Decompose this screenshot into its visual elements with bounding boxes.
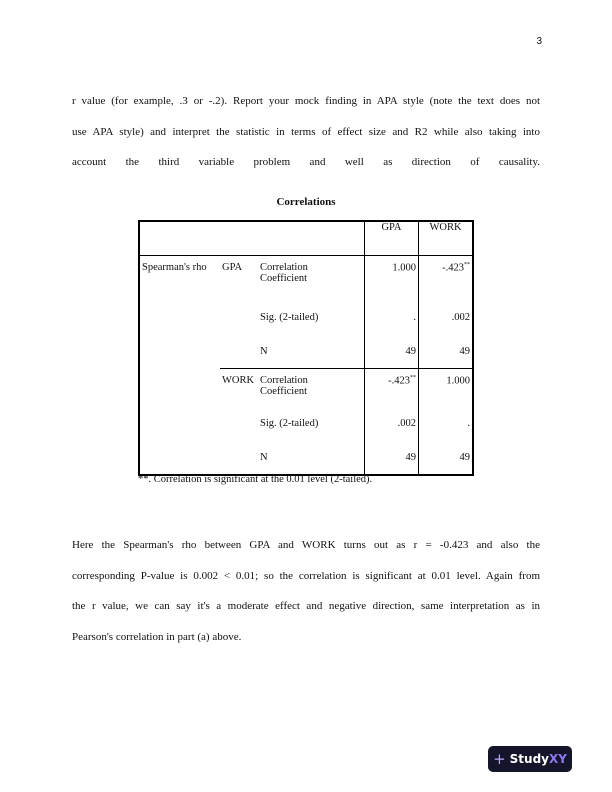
cell-value: 49: [365, 446, 419, 475]
cell-value: -.423**: [365, 368, 419, 412]
cell-value: 49: [419, 446, 474, 475]
table-row: N 49 49: [139, 446, 473, 475]
cell-value: -.423**: [419, 256, 474, 307]
conclusion-line: Pearson's correlation in part (a) above.: [72, 622, 540, 653]
table-row: Sig. (2-tailed) . .002: [139, 306, 473, 340]
page-number: 3: [536, 36, 542, 47]
cell-value: .: [365, 306, 419, 340]
plus-icon: +: [493, 750, 506, 768]
header-gpa: GPA: [365, 221, 419, 256]
cell-value: 49: [365, 340, 419, 368]
correlations-table: GPA WORK Spearman's rho GPA Correlation …: [138, 220, 474, 476]
table-header-row: GPA WORK: [139, 221, 473, 256]
header-work: WORK: [419, 221, 474, 256]
studyxy-watermark: + StudyXY: [488, 746, 572, 772]
cell-value: .002: [419, 306, 474, 340]
stat-label: Correlation Coefficient: [258, 368, 365, 412]
conclusion-line: Here the Spearman's rho between GPA and …: [72, 530, 540, 561]
stat-label: N: [258, 340, 365, 368]
intro-line: r value (for example, .3 or -.2). Report…: [72, 86, 540, 117]
cell-value: 1.000: [419, 368, 474, 412]
method-label: Spearman's rho: [139, 256, 220, 307]
variable-label: WORK: [220, 368, 258, 412]
table-row: N 49 49: [139, 340, 473, 368]
stat-label: Correlation Coefficient: [258, 256, 365, 307]
stat-label: Sig. (2-tailed): [258, 412, 365, 446]
stat-label: N: [258, 446, 365, 475]
table-footnote: **. Correlation is significant at the 0.…: [138, 474, 372, 485]
variable-label: GPA: [220, 256, 258, 307]
table-row: WORK Correlation Coefficient -.423** 1.0…: [139, 368, 473, 412]
conclusion-line: corresponding P-value is 0.002 < 0.01; s…: [72, 561, 540, 592]
table-title: Correlations: [0, 196, 612, 208]
brand-name: StudyXY: [510, 752, 567, 766]
conclusion-paragraph: Here the Spearman's rho between GPA and …: [72, 530, 540, 652]
intro-line: use APA style) and interpret the statist…: [72, 117, 540, 148]
table-row: Sig. (2-tailed) .002 .: [139, 412, 473, 446]
intro-line: account the third variable problem and w…: [72, 147, 540, 178]
cell-value: 1.000: [365, 256, 419, 307]
table-row: Spearman's rho GPA Correlation Coefficie…: [139, 256, 473, 307]
stat-label: Sig. (2-tailed): [258, 306, 365, 340]
conclusion-line: the r value, we can say it's a moderate …: [72, 591, 540, 622]
cell-value: .002: [365, 412, 419, 446]
cell-value: 49: [419, 340, 474, 368]
intro-paragraph: r value (for example, .3 or -.2). Report…: [72, 86, 540, 178]
cell-value: .: [419, 412, 474, 446]
